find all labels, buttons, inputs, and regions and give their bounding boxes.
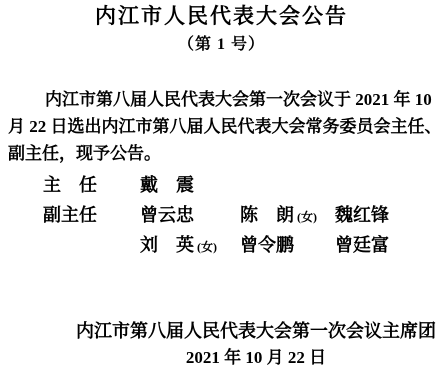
appointee-name: 曾廷富 [335, 231, 443, 261]
body-line-1: 内江市第八届人民代表大会第一次会议于 2021 年 10 [8, 86, 436, 113]
body-line-3: 副主任，现予公告。 [8, 140, 436, 167]
appointee-name [240, 171, 335, 201]
appointee-name: 曾令鹏 [240, 231, 335, 261]
document-number: （第 1 号） [0, 35, 443, 55]
appointee-name-text: 刘 英 [140, 235, 194, 255]
issue-date: 2021 年 10 月 22 日 [76, 348, 436, 368]
appointment-row-deputy-directors-continued: 刘 英 (女) 曾令鹏 曾廷富 [0, 231, 443, 261]
appointee-name: 陈 朗 (女) [240, 201, 335, 231]
appointee-name-text: 曾廷富 [335, 235, 389, 255]
appointee-name-text: 魏红锋 [335, 205, 389, 225]
body-paragraph: 内江市第八届人民代表大会第一次会议于 2021 年 10 月 22 日选出内江市… [0, 86, 443, 167]
appointee-name-text: 陈 朗 [240, 205, 294, 225]
page-title: 内江市人民代表大会公告 [0, 0, 443, 29]
appointment-row-director: 主 任 戴 震 [0, 171, 443, 201]
role-label-empty [43, 231, 140, 261]
appointee-name-text: 曾云忠 [140, 205, 194, 225]
appointment-row-deputy-directors: 副主任 曾云忠 陈 朗 (女) 魏红锋 [0, 201, 443, 231]
role-label-director: 主 任 [43, 171, 140, 201]
appointee-name: 曾云忠 [140, 201, 240, 231]
signature-block: 内江市第八届人民代表大会第一次会议主席团 2021 年 10 月 22 日 [76, 319, 436, 368]
appointee-name [335, 171, 443, 201]
appointee-name: 魏红锋 [335, 201, 443, 231]
appointee-name: 戴 震 [140, 171, 240, 201]
announcement-page: 内江市人民代表大会公告 （第 1 号） 内江市第八届人民代表大会第一次会议于 2… [0, 0, 443, 369]
appointments-list: 主 任 戴 震 副主任 曾云忠 陈 朗 (女) 魏红锋 刘 英 (女) 曾令鹏 … [0, 171, 443, 261]
issuing-body-signature: 内江市第八届人民代表大会第一次会议主席团 [76, 319, 436, 343]
gender-note: (女) [194, 240, 217, 254]
role-label-deputy-director: 副主任 [43, 201, 140, 231]
appointee-name-text: 曾令鹏 [240, 235, 294, 255]
gender-note: (女) [294, 210, 317, 224]
appointee-name: 刘 英 (女) [140, 231, 240, 261]
body-line-2: 月 22 日选出内江市第八届人民代表大会常务委员会主任、 [8, 113, 436, 140]
appointee-name-text: 戴 震 [140, 175, 194, 195]
